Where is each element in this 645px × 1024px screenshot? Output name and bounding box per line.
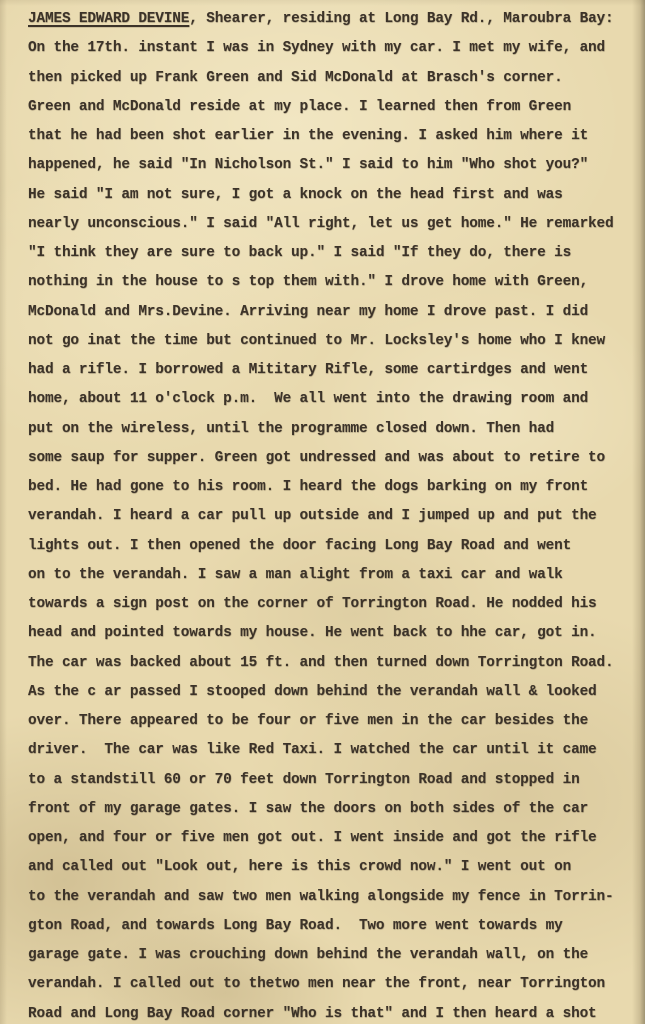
text-line: On the 17th. instant I was in Sydney wit… (28, 34, 639, 63)
text-line: gton Road, and towards Long Bay Road. Tw… (28, 912, 639, 941)
text-line: and called out "Look out, here is this c… (28, 853, 639, 882)
text-line: that he had been shot earlier in the eve… (28, 122, 639, 151)
text-line: to a standstill 60 or 70 feet down Torri… (28, 766, 639, 795)
text-line: nearly unconscious." I said "All right, … (28, 210, 639, 239)
text-line: to the verandah and saw two men walking … (28, 883, 639, 912)
text-line: garage gate. I was crouching down behind… (28, 941, 639, 970)
text-line: verandah. I heard a car pull up outside … (28, 502, 639, 531)
text-line: some saup for supper. Green got undresse… (28, 444, 639, 473)
text-line: driver. The car was like Red Taxi. I wat… (28, 736, 639, 765)
text-line: front of my garage gates. I saw the door… (28, 795, 639, 824)
text-line: on to the verandah. I saw a man alight f… (28, 561, 639, 590)
text-line: As the c ar passed I stooped down behind… (28, 678, 639, 707)
heading-rest: , Shearer, residing at Long Bay Rd., Mar… (189, 11, 613, 27)
deponent-name: JAMES EDWARD DEVINE (28, 11, 189, 27)
text-line: verandah. I called out to thetwo men nea… (28, 970, 639, 999)
text-line: head and pointed towards my house. He we… (28, 619, 639, 648)
text-line: McDonald and Mrs.Devine. Arriving near m… (28, 298, 639, 327)
text-line: then picked up Frank Green and Sid McDon… (28, 64, 639, 93)
text-line: bed. He had gone to his room. I heard th… (28, 473, 639, 502)
text-line: "I think they are sure to back up." I sa… (28, 239, 639, 268)
text-line: home, about 11 o'clock p.m. We all went … (28, 385, 639, 414)
text-line: nothing in the house to s top them with.… (28, 268, 639, 297)
statement-text: JAMES EDWARD DEVINE, Shearer, residing a… (28, 5, 639, 1024)
heading-line: JAMES EDWARD DEVINE, Shearer, residing a… (28, 5, 639, 34)
document-page: JAMES EDWARD DEVINE, Shearer, residing a… (0, 0, 645, 1024)
text-line: lights out. I then opened the door facin… (28, 532, 639, 561)
text-line: not go inat the time but continued to Mr… (28, 327, 639, 356)
text-line: Road and Long Bay Road corner "Who is th… (28, 1000, 639, 1024)
text-line: open, and four or five men got out. I we… (28, 824, 639, 853)
text-line: happened, he said "In Nicholson St." I s… (28, 151, 639, 180)
text-line: had a rifle. I borrowed a Mititary Rifle… (28, 356, 639, 385)
text-line: He said "I am not sure, I got a knock on… (28, 181, 639, 210)
text-line: towards a sign post on the corner of Tor… (28, 590, 639, 619)
text-line: put on the wireless, until the programme… (28, 415, 639, 444)
text-line: The car was backed about 15 ft. and then… (28, 649, 639, 678)
text-line: Green and McDonald reside at my place. I… (28, 93, 639, 122)
text-line: over. There appeared to be four or five … (28, 707, 639, 736)
